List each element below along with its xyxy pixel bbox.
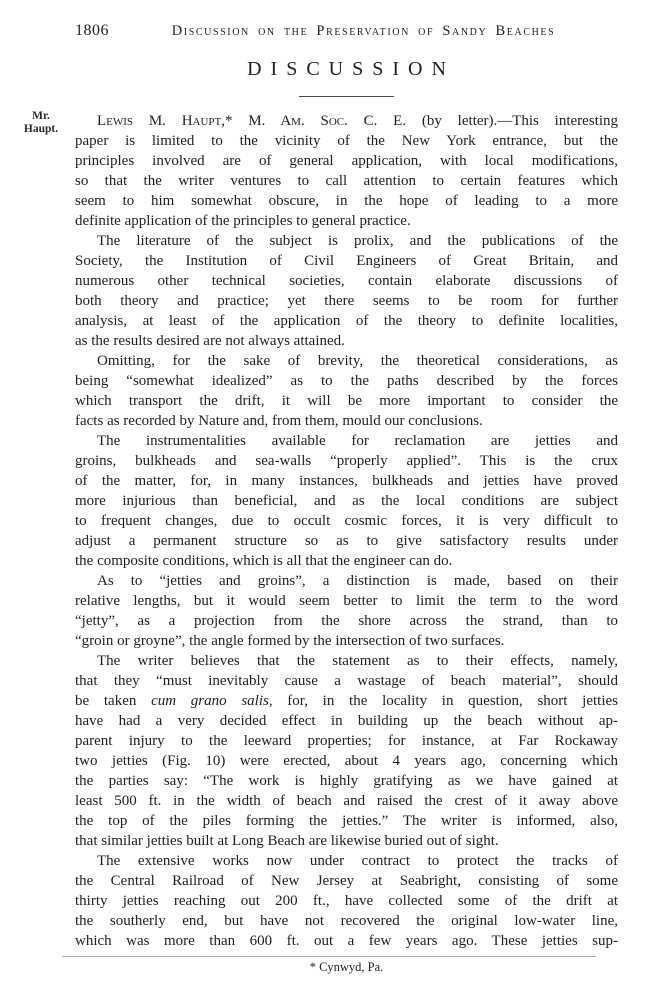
text-line: “groin or groyne”, the angle formed by t… bbox=[75, 631, 618, 651]
margin-note-line1: Mr. bbox=[12, 110, 70, 123]
author-line-rest: (by letter).—This interesting bbox=[406, 113, 618, 129]
text-line: The instrumentalities available for recl… bbox=[75, 431, 618, 451]
text-line: that they “must inevitably cause a wasta… bbox=[75, 671, 618, 691]
footnote: * Cynwyd, Pa. bbox=[75, 960, 618, 975]
margin-note-speaker: Mr. Haupt. bbox=[12, 110, 70, 136]
text-line: The extensive works now under contract t… bbox=[75, 851, 618, 871]
text-line-latin: be taken cum grano salis, for, in the lo… bbox=[75, 691, 618, 711]
text-line: as the results desired are not always at… bbox=[75, 331, 618, 351]
text-line: The literature of the subject is prolix,… bbox=[75, 231, 618, 251]
text-line: Omitting, for the sake of brevity, the t… bbox=[75, 351, 618, 371]
page-number: 1806 bbox=[75, 22, 109, 40]
paragraph-7: The extensive works now under contract t… bbox=[75, 851, 618, 951]
text-line: the parties say: “The work is highly gra… bbox=[75, 771, 618, 791]
text-line: The writer believes that the statement a… bbox=[75, 651, 618, 671]
text-line: definite application of the principles t… bbox=[75, 211, 618, 231]
text-line: thirty jetties reaching out 200 ft., hav… bbox=[75, 891, 618, 911]
paragraph-6: The writer believes that the statement a… bbox=[75, 651, 618, 851]
margin-note-line2: Haupt. bbox=[12, 123, 70, 136]
text-line: both theory and practice; yet there seem… bbox=[75, 291, 618, 311]
text-line: relative lengths, but it would seem bett… bbox=[75, 591, 618, 611]
text-line: adjust a permanent structure so as to gi… bbox=[75, 531, 618, 551]
paragraph-4: The instrumentalities available for recl… bbox=[75, 431, 618, 571]
text-line: two jetties (Fig. 10) were erected, abou… bbox=[75, 751, 618, 771]
text-line: paper is limited to the vicinity of the … bbox=[75, 131, 618, 151]
title-rule bbox=[299, 96, 394, 97]
text-line: that similar jetties built at Long Beach… bbox=[75, 831, 618, 851]
footnote-separator bbox=[62, 956, 596, 957]
text-line: groins, bulkheads and sea-walls “properl… bbox=[75, 451, 618, 471]
latin-pre: be taken bbox=[75, 693, 151, 709]
paragraph-3: Omitting, for the sake of brevity, the t… bbox=[75, 351, 618, 431]
latin-post: for, in the locality in question, short … bbox=[273, 693, 618, 709]
text-line: least 500 ft. in the width of beach and … bbox=[75, 791, 618, 811]
text-line: analysis, at least of the application of… bbox=[75, 311, 618, 331]
text-line: of the matter, for, in many instances, b… bbox=[75, 471, 618, 491]
running-header: 1806 Discussion on the Preservation of S… bbox=[75, 22, 618, 40]
text-line: principles involved are of general appli… bbox=[75, 151, 618, 171]
text-line: which transport the drift, it will be mo… bbox=[75, 391, 618, 411]
text-line: numerous other technical societies, cont… bbox=[75, 271, 618, 291]
section-title: DISCUSSION bbox=[75, 58, 618, 81]
running-title: Discussion on the Preservation of Sandy … bbox=[109, 23, 618, 40]
text-line: have had a very decided effect in buildi… bbox=[75, 711, 618, 731]
author-name: Lewis M. Haupt,* M. Am. Soc. C. E. bbox=[97, 113, 406, 129]
text-line: the southerly end, but have not recovere… bbox=[75, 911, 618, 931]
text-line: Society, the Institution of Civil Engine… bbox=[75, 251, 618, 271]
document-page: 1806 Discussion on the Preservation of S… bbox=[0, 0, 650, 987]
text-line: parent injury to the leeward properties;… bbox=[75, 731, 618, 751]
text-line: the top of the piles forming the jetties… bbox=[75, 811, 618, 831]
text-line: As to “jetties and groins”, a distinctio… bbox=[75, 571, 618, 591]
latin-phrase: cum grano salis, bbox=[151, 693, 273, 709]
text-line: the Central Railroad of New Jersey at Se… bbox=[75, 871, 618, 891]
text-line: which was more than 600 ft. out a few ye… bbox=[75, 931, 618, 951]
text-line-author: Lewis M. Haupt,* M. Am. Soc. C. E. (by l… bbox=[75, 111, 618, 131]
text-line: seem to him somewhat obscure, in the hop… bbox=[75, 191, 618, 211]
paragraph-1: Lewis M. Haupt,* M. Am. Soc. C. E. (by l… bbox=[75, 111, 618, 231]
text-line: more injurious than beneficial, and as t… bbox=[75, 491, 618, 511]
text-line: to frequent changes, due to occult cosmi… bbox=[75, 511, 618, 531]
text-line: being “somewhat idealized” as to the pat… bbox=[75, 371, 618, 391]
text-line: the composite conditions, which is all t… bbox=[75, 551, 618, 571]
text-line: so that the writer ventures to call atte… bbox=[75, 171, 618, 191]
body-text: Lewis M. Haupt,* M. Am. Soc. C. E. (by l… bbox=[75, 111, 618, 951]
text-line: facts as recorded by Nature and, from th… bbox=[75, 411, 618, 431]
text-line: “jetty”, as a projection from the shore … bbox=[75, 611, 618, 631]
paragraph-2: The literature of the subject is prolix,… bbox=[75, 231, 618, 351]
paragraph-5: As to “jetties and groins”, a distinctio… bbox=[75, 571, 618, 651]
